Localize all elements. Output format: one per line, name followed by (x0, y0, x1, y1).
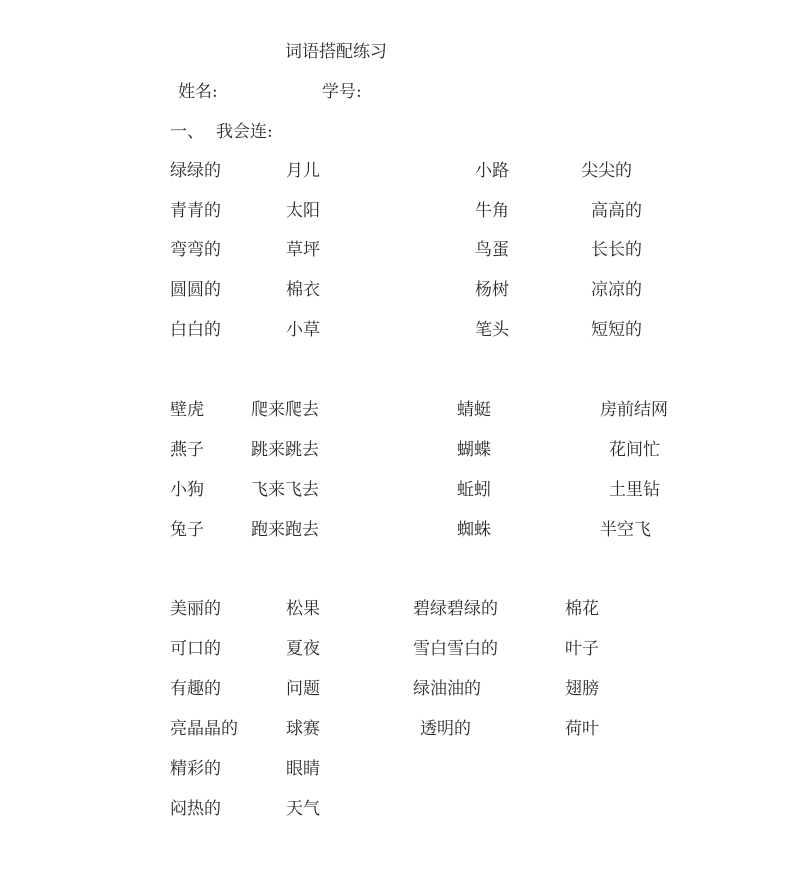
word-item: 跑来跑去 (251, 519, 319, 541)
word-item: 问题 (286, 678, 320, 700)
word-item: 飞来飞去 (251, 479, 319, 501)
word-item: 燕子 (170, 439, 204, 461)
word-item: 太阳 (286, 200, 320, 222)
word-item: 球赛 (286, 718, 320, 740)
word-item: 凉凉的 (591, 279, 642, 301)
word-item: 蜻蜓 (457, 399, 491, 421)
word-item: 天气 (286, 798, 320, 820)
word-item: 青青的 (170, 200, 221, 222)
word-item: 精彩的 (170, 758, 221, 780)
word-item: 叶子 (565, 638, 599, 660)
word-item: 眼睛 (286, 758, 320, 780)
word-item: 小路 (475, 160, 509, 182)
word-item: 房前结网 (600, 399, 668, 421)
word-item: 爬来爬去 (251, 399, 319, 421)
word-item: 可口的 (170, 638, 221, 660)
word-item: 翅膀 (565, 678, 599, 700)
word-item: 尖尖的 (581, 160, 632, 182)
word-item: 兔子 (170, 519, 204, 541)
word-item: 绿绿的 (170, 160, 221, 182)
word-item: 雪白雪白的 (413, 638, 498, 660)
word-item: 月儿 (286, 160, 320, 182)
word-item: 壁虎 (170, 399, 204, 421)
word-item: 夏夜 (286, 638, 320, 660)
student-id-label: 学号: (322, 81, 362, 103)
word-item: 白白的 (170, 319, 221, 341)
word-item: 绿油油的 (413, 678, 481, 700)
word-item: 棉花 (565, 598, 599, 620)
word-item: 牛角 (475, 200, 509, 222)
word-item: 小草 (286, 319, 320, 341)
word-item: 透明的 (420, 718, 471, 740)
word-item: 小狗 (170, 479, 204, 501)
word-item: 松果 (286, 598, 320, 620)
word-item: 碧绿碧绿的 (413, 598, 498, 620)
word-item: 高高的 (591, 200, 642, 222)
word-item: 鸟蛋 (475, 239, 509, 261)
word-item: 短短的 (591, 319, 642, 341)
word-item: 杨树 (475, 279, 509, 301)
word-item: 有趣的 (170, 678, 221, 700)
word-item: 亮晶晶的 (170, 718, 238, 740)
name-label: 姓名: (178, 81, 218, 103)
word-item: 美丽的 (170, 598, 221, 620)
word-item: 长长的 (591, 239, 642, 261)
word-item: 闷热的 (170, 798, 221, 820)
word-item: 棉衣 (286, 279, 320, 301)
word-item: 半空飞 (600, 519, 651, 541)
word-item: 蚯蚓 (457, 479, 491, 501)
word-item: 跳来跳去 (251, 439, 319, 461)
word-item: 笔头 (475, 319, 509, 341)
word-item: 蜘蛛 (457, 519, 491, 541)
word-item: 花间忙 (609, 439, 660, 461)
page-title: 词语搭配练习 (285, 41, 387, 63)
section-heading: 我会连: (216, 121, 273, 143)
word-item: 草坪 (286, 239, 320, 261)
word-item: 荷叶 (565, 718, 599, 740)
word-item: 弯弯的 (170, 239, 221, 261)
word-item: 圆圆的 (170, 279, 221, 301)
section-number: 一、 (170, 121, 204, 143)
word-item: 土里钻 (609, 479, 660, 501)
word-item: 蝴蝶 (457, 439, 491, 461)
